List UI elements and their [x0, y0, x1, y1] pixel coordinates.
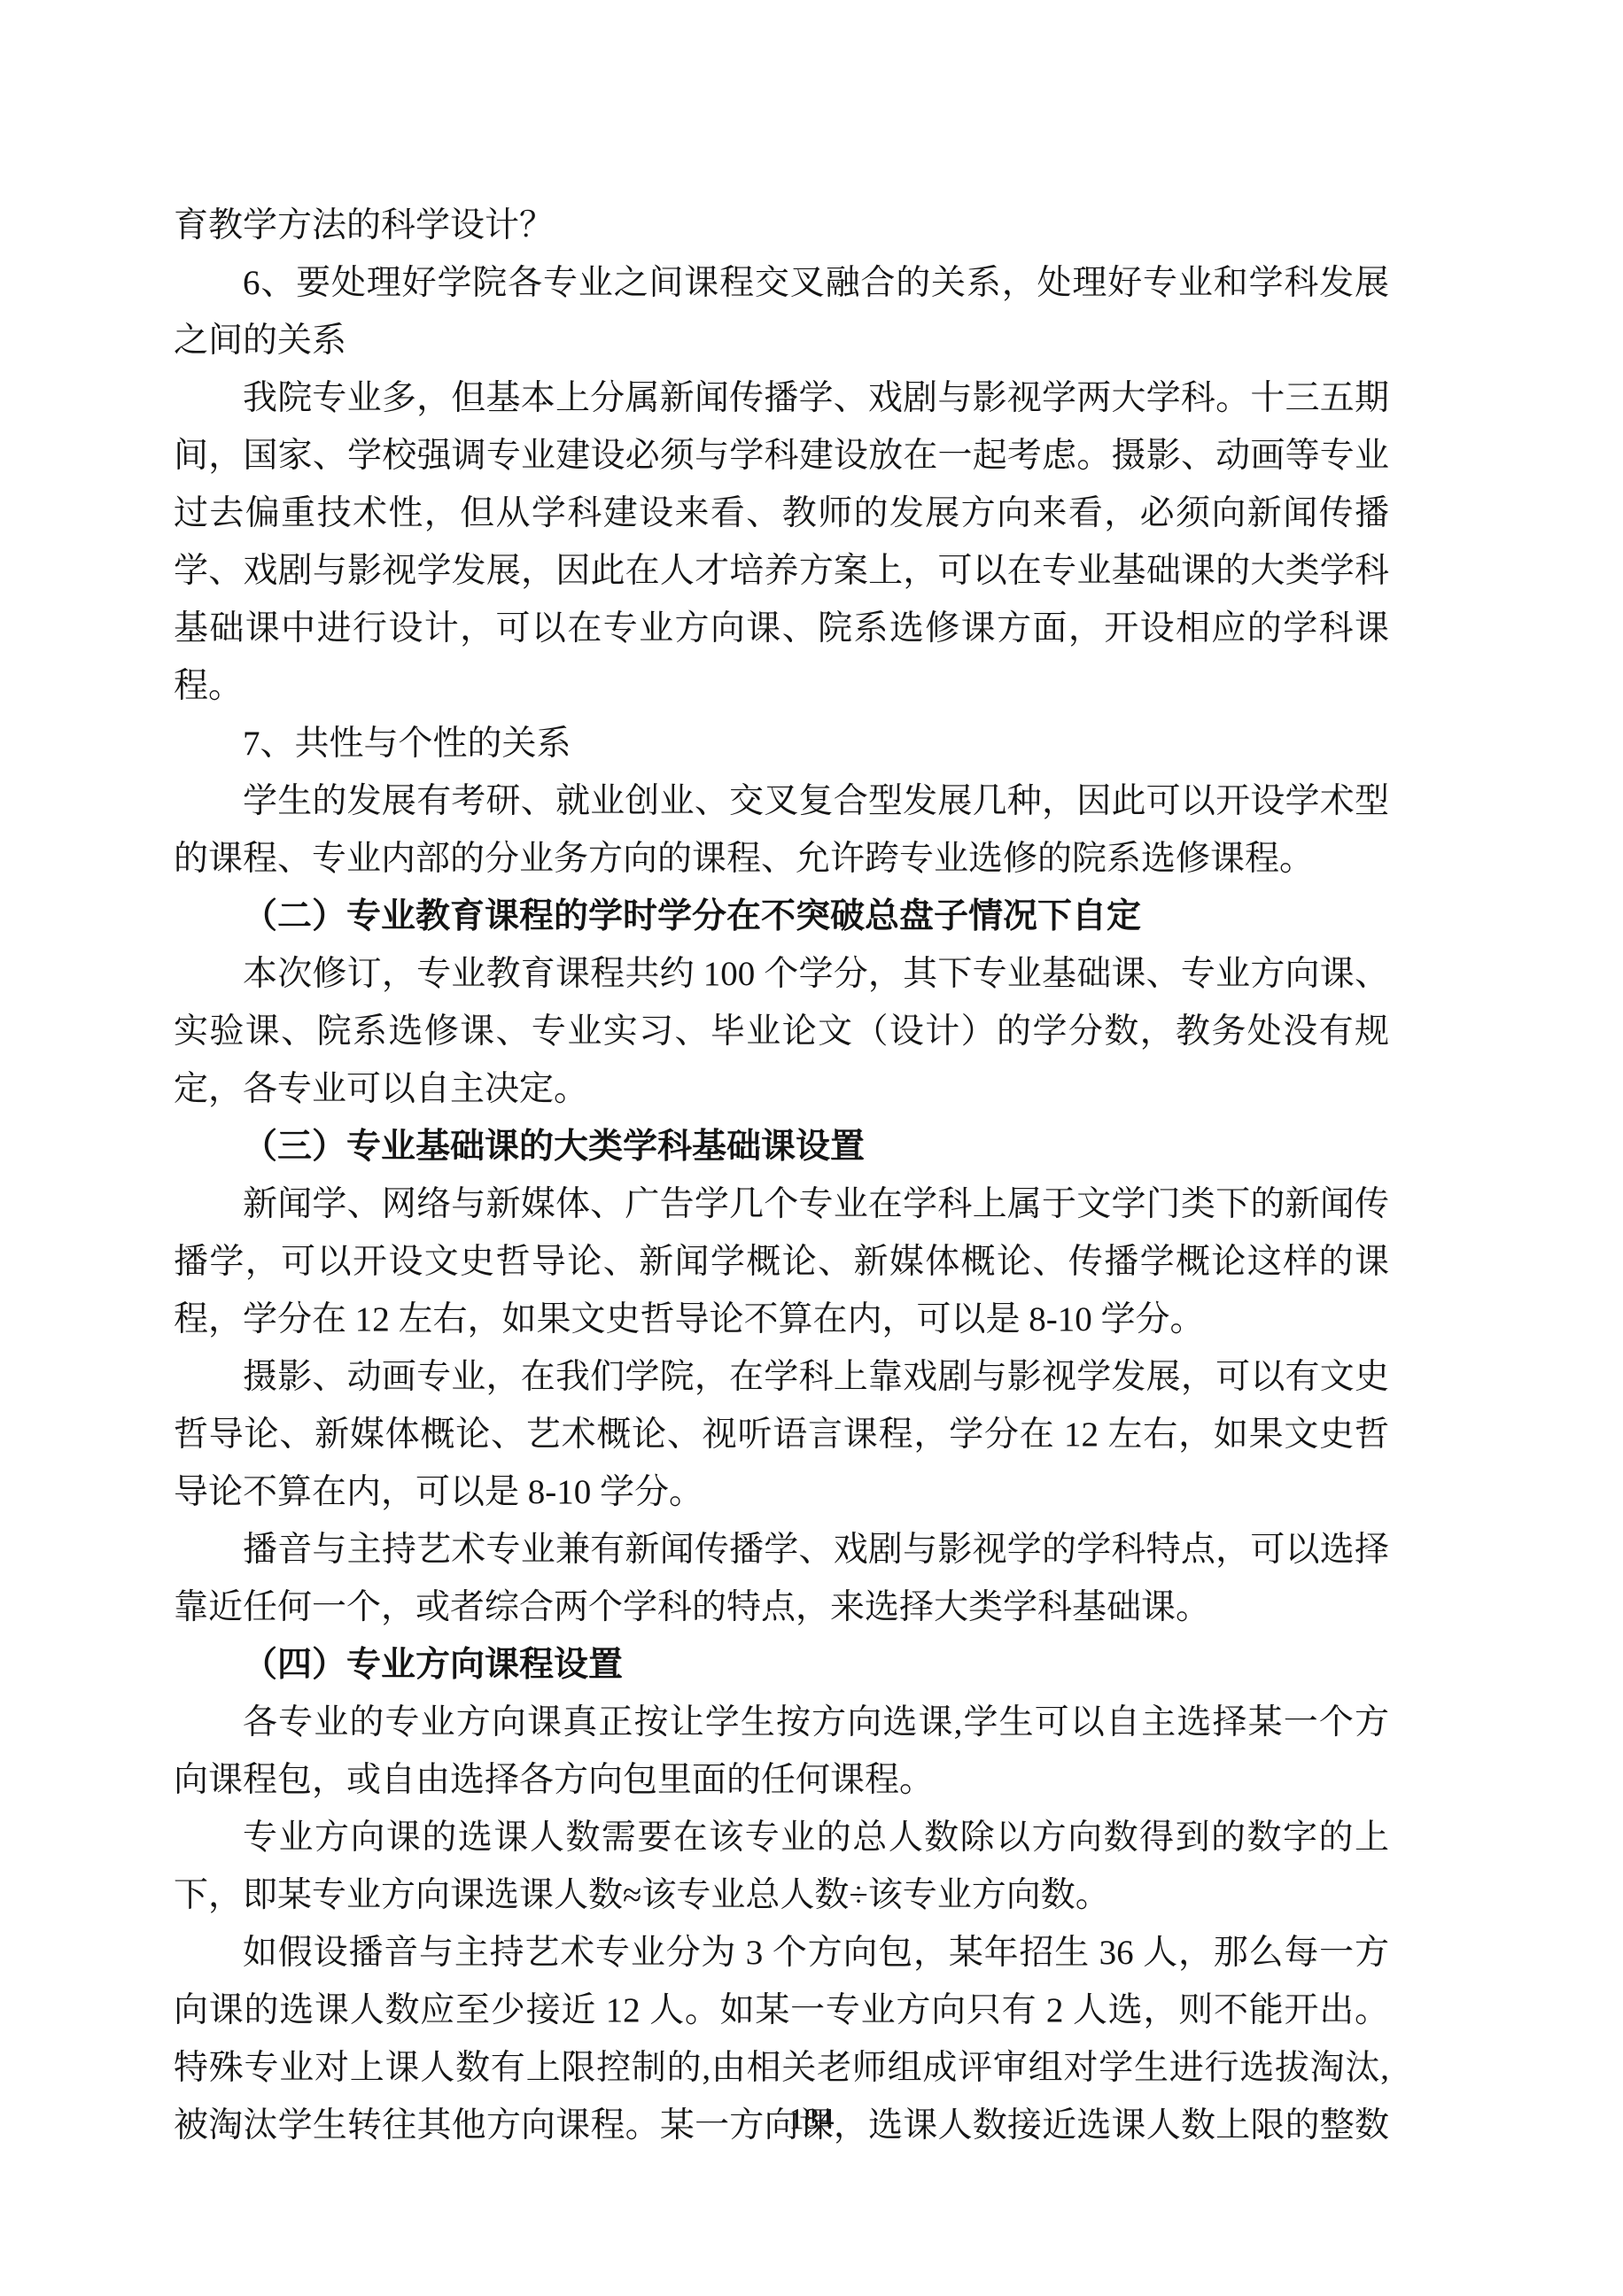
paragraph: 本次修订，专业教育课程共约 100 个学分，其下专业基础课、专业方向课、实验课、… [174, 945, 1389, 1118]
section-heading: （三）专业基础课的大类学科基础课设置 [174, 1118, 1389, 1175]
document-page: 育教学方法的科学设计？6、要处理好学院各专业之间课程交叉融合的关系，处理好专业和… [0, 0, 1623, 2296]
paragraph: 专业方向课的选课人数需要在该专业的总人数除以方向数得到的数字的上下，即某专业方向… [174, 1809, 1389, 1924]
paragraph: 摄影、动画专业，在我们学院，在学科上靠戏剧与影视学发展，可以有文史哲导论、新媒体… [174, 1348, 1389, 1521]
paragraph: 6、要处理好学院各专业之间课程交叉融合的关系，处理好专业和学科发展之间的关系 [174, 254, 1389, 369]
paragraph: 育教学方法的科学设计？ [174, 197, 1389, 254]
text-block: 育教学方法的科学设计？6、要处理好学院各专业之间课程交叉融合的关系，处理好专业和… [174, 197, 1389, 2154]
page-number: 184 [0, 2101, 1623, 2138]
paragraph: 新闻学、网络与新媒体、广告学几个专业在学科上属于文学门类下的新闻传播学，可以开设… [174, 1175, 1389, 1348]
paragraph: 我院专业多，但基本上分属新闻传播学、戏剧与影视学两大学科。十三五期间，国家、学校… [174, 369, 1389, 715]
paragraph: 播音与主持艺术专业兼有新闻传播学、戏剧与影视学的学科特点，可以选择靠近任何一个，… [174, 1521, 1389, 1636]
section-heading: （二）专业教育课程的学时学分在不突破总盘子情况下自定 [174, 888, 1389, 945]
paragraph: 各专业的专业方向课真正按让学生按方向选课,学生可以自主选择某一个方向课程包，或自… [174, 1694, 1389, 1809]
section-heading: （四）专业方向课程设置 [174, 1636, 1389, 1694]
paragraph: 学生的发展有考研、就业创业、交叉复合型发展几种，因此可以开设学术型的课程、专业内… [174, 772, 1389, 888]
paragraph: 7、共性与个性的关系 [174, 715, 1389, 772]
